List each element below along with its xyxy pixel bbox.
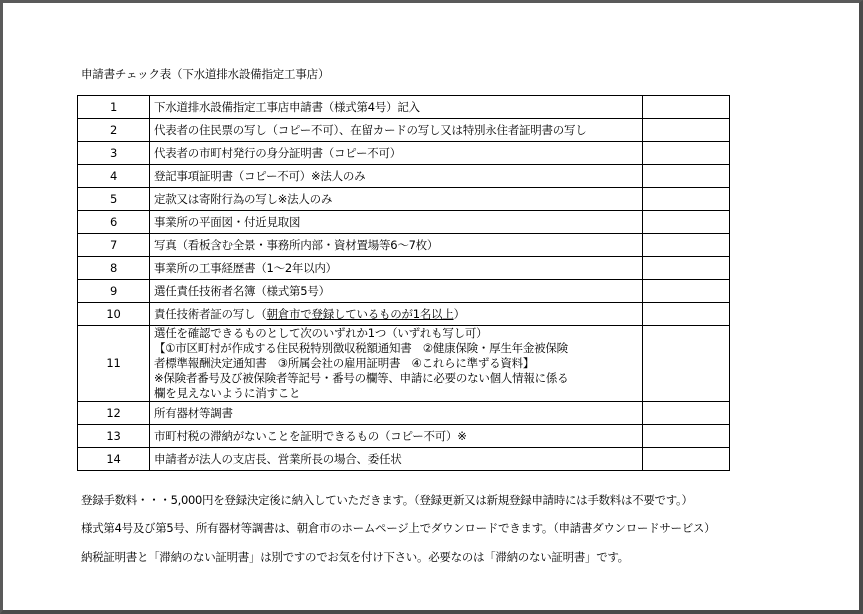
check-cell[interactable] bbox=[643, 165, 730, 188]
row-number: 6 bbox=[78, 211, 150, 234]
row-item: 代表者の住民票の写し（コピー不可）、在留カードの写し又は特別永住者証明書の写し bbox=[150, 119, 643, 142]
row-item-prefix: 責任技術者証の写し（ bbox=[154, 307, 267, 321]
check-cell[interactable] bbox=[643, 402, 730, 425]
table-row: 12 所有器材等調書 bbox=[78, 402, 730, 425]
check-cell[interactable] bbox=[643, 425, 730, 448]
tax-certificate-note: 納税証明書と「滞納のない証明書」は別ですのでお気を付け下さい。必要なのは「滞納の… bbox=[81, 549, 629, 565]
row-item-line: ※保険者番号及び被保険者等記号・番号の欄等、申請に必要のない個人情報に係る bbox=[154, 371, 642, 386]
row-item: 選任責任技術者名簿（様式第5号） bbox=[150, 280, 643, 303]
row-number: 11 bbox=[78, 326, 150, 402]
row-number: 4 bbox=[78, 165, 150, 188]
row-item: 下水道排水設備指定工事店申請書（様式第4号）記入 bbox=[150, 96, 643, 119]
table-row: 5 定款又は寄附行為の写し※法人のみ bbox=[78, 188, 730, 211]
table-row: 10 責任技術者証の写し（朝倉市で登録しているものが1名以上） bbox=[78, 303, 730, 326]
table-row: 2 代表者の住民票の写し（コピー不可）、在留カードの写し又は特別永住者証明書の写… bbox=[78, 119, 730, 142]
check-cell[interactable] bbox=[643, 96, 730, 119]
row-item: 市町村税の滞納がないことを証明できるもの（コピー不可）※ bbox=[150, 425, 643, 448]
table-row: 7 写真（看板含む全景・事務所内部・資材置場等6～7枚） bbox=[78, 234, 730, 257]
row-number: 8 bbox=[78, 257, 150, 280]
check-cell[interactable] bbox=[643, 257, 730, 280]
row-item: 代表者の市町村発行の身分証明書（コピー不可） bbox=[150, 142, 643, 165]
row-item-line: 選任を確認できるものとして次のいずれか1つ（いずれも写し可） bbox=[154, 326, 642, 341]
table-row: 1 下水道排水設備指定工事店申請書（様式第4号）記入 bbox=[78, 96, 730, 119]
row-item: 申請者が法人の支店長、営業所長の場合、委任状 bbox=[150, 448, 643, 471]
row-number: 7 bbox=[78, 234, 150, 257]
check-cell[interactable] bbox=[643, 280, 730, 303]
row-number: 1 bbox=[78, 96, 150, 119]
row-item-line: 者標準報酬決定通知書 ③所属会社の雇用証明書 ④これらに準ずる資料】 bbox=[154, 356, 642, 371]
row-number: 13 bbox=[78, 425, 150, 448]
row-item-line: 欄を見えないように消すこと bbox=[154, 386, 642, 401]
row-number: 12 bbox=[78, 402, 150, 425]
table-row: 6 事業所の平面図・付近見取図 bbox=[78, 211, 730, 234]
check-cell[interactable] bbox=[643, 303, 730, 326]
fee-note: 登録手数料・・・5,000円を登録決定後に納入していただきます。（登録更新又は新… bbox=[81, 492, 693, 508]
row-item: 事業所の工事経歴書（1～2年以内） bbox=[150, 257, 643, 280]
row-number: 9 bbox=[78, 280, 150, 303]
row-number: 3 bbox=[78, 142, 150, 165]
row-number: 2 bbox=[78, 119, 150, 142]
check-cell[interactable] bbox=[643, 142, 730, 165]
row-item: 写真（看板含む全景・事務所内部・資材置場等6～7枚） bbox=[150, 234, 643, 257]
download-note: 様式第4号及び第5号、所有器材等調書は、朝倉市のホームページ上でダウンロードでき… bbox=[81, 520, 715, 536]
row-number: 5 bbox=[78, 188, 150, 211]
row-item: 事業所の平面図・付近見取図 bbox=[150, 211, 643, 234]
table-row: 9 選任責任技術者名簿（様式第5号） bbox=[78, 280, 730, 303]
checklist-table: 1 下水道排水設備指定工事店申請書（様式第4号）記入 2 代表者の住民票の写し（… bbox=[77, 95, 730, 471]
check-cell[interactable] bbox=[643, 188, 730, 211]
check-cell[interactable] bbox=[643, 119, 730, 142]
document-title: 申請書チェック表（下水道排水設備指定工事店） bbox=[81, 66, 329, 82]
row-number: 14 bbox=[78, 448, 150, 471]
check-cell[interactable] bbox=[643, 211, 730, 234]
table-row: 4 登記事項証明書（コピー不可）※法人のみ bbox=[78, 165, 730, 188]
row-item: 選任を確認できるものとして次のいずれか1つ（いずれも写し可） 【①市区町村が作成… bbox=[150, 326, 643, 402]
row-number: 10 bbox=[78, 303, 150, 326]
row-item-underlined: 朝倉市で登録しているものが1名以上 bbox=[267, 307, 454, 321]
row-item: 登記事項証明書（コピー不可）※法人のみ bbox=[150, 165, 643, 188]
table-row: 3 代表者の市町村発行の身分証明書（コピー不可） bbox=[78, 142, 730, 165]
check-cell[interactable] bbox=[643, 326, 730, 402]
check-cell[interactable] bbox=[643, 234, 730, 257]
row-item: 定款又は寄附行為の写し※法人のみ bbox=[150, 188, 643, 211]
row-item: 所有器材等調書 bbox=[150, 402, 643, 425]
table-row: 13 市町村税の滞納がないことを証明できるもの（コピー不可）※ bbox=[78, 425, 730, 448]
table-row: 8 事業所の工事経歴書（1～2年以内） bbox=[78, 257, 730, 280]
table-row: 14 申請者が法人の支店長、営業所長の場合、委任状 bbox=[78, 448, 730, 471]
check-cell[interactable] bbox=[643, 448, 730, 471]
table-row: 11 選任を確認できるものとして次のいずれか1つ（いずれも写し可） 【①市区町村… bbox=[78, 326, 730, 402]
row-item-line: 【①市区町村が作成する住民税特別徴収税額通知書 ②健康保険・厚生年金被保険 bbox=[154, 341, 642, 356]
row-item-suffix: ） bbox=[454, 307, 465, 321]
row-item: 責任技術者証の写し（朝倉市で登録しているものが1名以上） bbox=[150, 303, 643, 326]
